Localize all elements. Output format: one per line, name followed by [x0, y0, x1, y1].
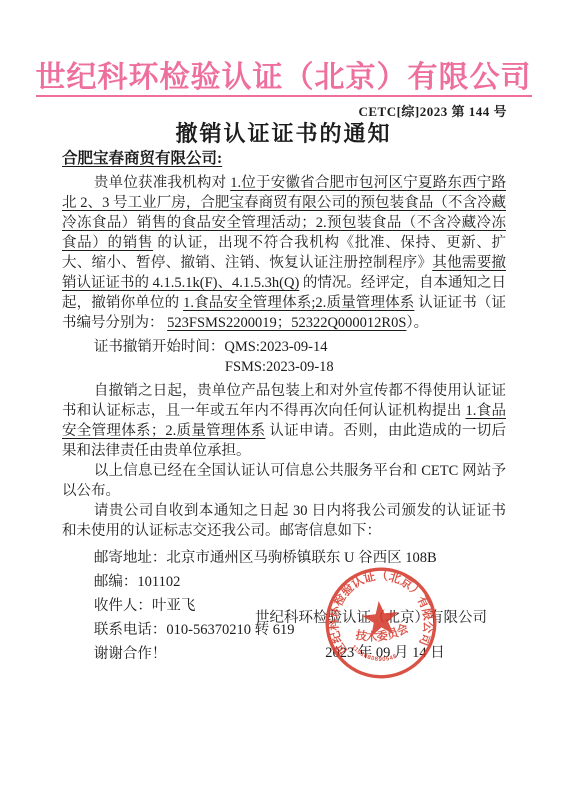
notice-body: 合肥宝春商贸有限公司: 贵单位获准我机构对 1.位于安徽省合肥市包河区宁夏路东西… [62, 149, 506, 667]
p1-suffix: ）。 [406, 315, 428, 331]
withdraw-time-qms: QMS:2023-09-14 [224, 339, 327, 355]
signature-block: 世纪科环检验认证（北京）有限公司 2023 年 09 月 14 日 [255, 608, 480, 663]
withdraw-time-block: 证书撤销开始时间：QMS:2023-09-14 FSMS:2023-09-18 [94, 337, 506, 377]
p1-prefix: 贵单位获准我机构对 [94, 175, 230, 191]
signature-company: 世纪科环检验认证（北京）有限公司 [255, 608, 480, 628]
notice-title: 撤销认证证书的通知 [0, 117, 567, 148]
letterhead-org-title-text: 世纪科环检验认证（北京）有限公司 [36, 61, 532, 97]
mailing-postcode-line: 邮编：101102 [94, 571, 506, 594]
signature-date: 2023 年 09 月 14 日 [255, 643, 480, 663]
withdraw-time-fsms: FSMS:2023-09-18 [225, 357, 506, 377]
addressee-company: 合肥宝春商贸有限公司: [62, 149, 506, 169]
withdraw-time-label: 证书撤销开始时间： [94, 339, 225, 355]
mailing-address-line: 邮寄地址：北京市通州区马驹桥镇联东 U 谷西区 108B [94, 547, 506, 570]
paragraph-certification-scope: 贵单位获准我机构对 1.位于安徽省合肥市包河区宁夏路东西宁路北 2、3 号工业厂… [62, 173, 506, 333]
paragraph-usage-prohibition: 自撤销之日起，贵单位产品包装上和对外宣传都不得使用认证证书和认证标志，且一年或五… [62, 381, 506, 461]
withdraw-time-qms-line: 证书撤销开始时间：QMS:2023-09-14 [94, 337, 506, 357]
letterhead-org-title: 世纪科环检验认证（北京）有限公司 [0, 52, 567, 96]
p1-underlined-cert-numbers: 523FSMS2200019；52322Q000012R0S [167, 315, 406, 331]
p3-prefix: 自撤销之日起，贵单位产品包装上和对外宣传都不得使用认证证书和认证标志，且一年或五… [62, 383, 506, 419]
p1-underlined-systems: 1.食品安全管理体系;2.质量管理体系 [183, 295, 414, 311]
paragraph-publication: 以上信息已经在全国认证认可信息公共服务平台和 CETC 网站予以公布。 [62, 461, 506, 501]
paragraph-return-request: 请贵公司自收到本通知之日起 30 日内将我公司颁发的认证证书和未使用的认证标志交… [62, 501, 506, 541]
document-page: 世纪科环检验认证（北京）有限公司 CETC[综]2023 第 144 号 撤销认… [0, 0, 567, 800]
